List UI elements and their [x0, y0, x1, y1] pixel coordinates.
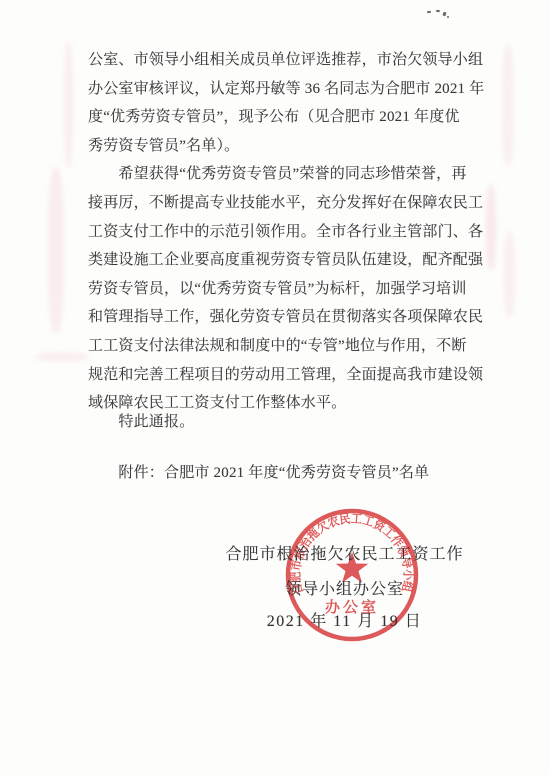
scan-speck — [427, 11, 431, 14]
ink-bleed-mark — [36, 353, 88, 361]
ink-bleed-mark — [502, 45, 514, 165]
ink-bleed-mark — [486, 185, 496, 270]
body-text-line: 类建设施工企业要高度重视劳资专管员队伍建设，配齐配强 — [88, 246, 484, 275]
body-text-line: 秀劳资专管员”名单）。 — [88, 132, 484, 161]
body-text-line: 度“优秀劳资专管员”，现予公布（见合肥市 2021 年度优 — [88, 103, 484, 132]
body-text-line: 和管理指导工作，强化劳资专管员在贯彻落实各项保障农民 — [88, 303, 484, 332]
ink-bleed-mark — [504, 232, 515, 317]
attachment-line: 附件：合肥市 2021 年度“优秀劳资专管员”名单 — [88, 459, 484, 488]
document-body: 公室、市领导小组相关成员单位评选推荐，市治欠领导小组办公室审核评议，认定郑丹敏等… — [88, 46, 484, 488]
paragraph-2: 希望获得“优秀劳资专管员”荣誉的同志珍惜荣誉，再接再厉，不断提高专业技能水平，充… — [88, 160, 484, 417]
ink-bleed-mark — [48, 168, 64, 333]
scanned-document-page: 公室、市领导小组相关成员单位评选推荐，市治欠领导小组办公室审核评议，认定郑丹敏等… — [0, 0, 550, 775]
body-text-line: 劳资专管员，以“优秀劳资专管员”为标杆，加强学习培训 — [88, 275, 484, 304]
scan-speck — [442, 12, 446, 17]
scan-speck — [436, 10, 440, 12]
signature-block: 合肥市根治拖欠农民工工资工作 领导小组办公室 2021 年 11 月 19 日 — [167, 543, 522, 633]
body-text-line: 办公室审核评议，认定郑丹敏等 36 名同志为合肥市 2021 年 — [88, 75, 484, 104]
body-text-line: 规范和完善工程项目的劳动用工管理，全面提高我市建设领 — [88, 361, 484, 390]
signature-org-line-2: 领导小组办公室 — [167, 578, 522, 601]
signature-org-line-1: 合肥市根治拖欠农民工工资工作 — [167, 543, 522, 566]
body-text-line: 工资支付工作中的示范引领作用。全市各行业主管部门、各 — [88, 218, 484, 247]
scan-speck — [447, 16, 449, 18]
ink-bleed-mark — [64, 42, 73, 167]
body-text-line: 希望获得“优秀劳资专管员”荣誉的同志珍惜荣誉，再 — [88, 160, 484, 189]
body-text-line: 工工资支付法律法规和制度中的“专管”地位与作用，不断 — [88, 332, 484, 361]
paragraph-1: 公室、市领导小组相关成员单位评选推荐，市治欠领导小组办公室审核评议，认定郑丹敏等… — [88, 46, 484, 160]
body-text-line: 接再厉，不断提高专业技能水平，充分发挥好在保障农民工 — [88, 189, 484, 218]
signature-date: 2021 年 11 月 19 日 — [167, 610, 522, 633]
body-text-line: 公室、市领导小组相关成员单位评选推荐，市治欠领导小组 — [88, 46, 484, 75]
